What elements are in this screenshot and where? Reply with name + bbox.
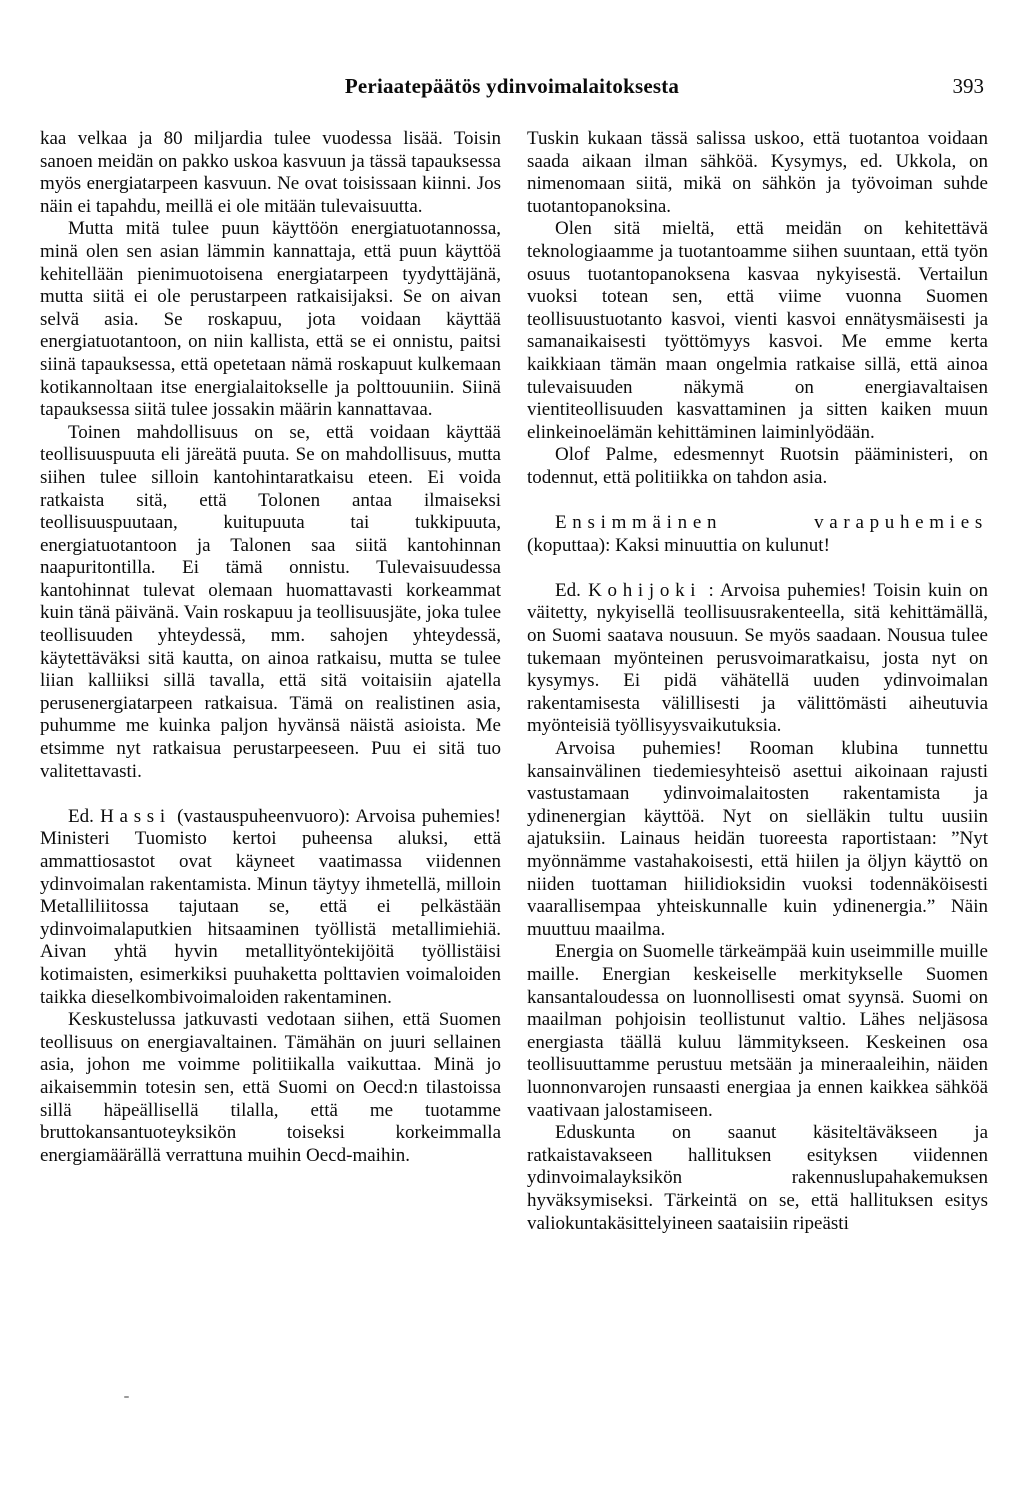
paragraph: Olof Palme, edesmennyt Ruotsin pääminist…	[527, 444, 988, 489]
paragraph: Mutta mitä tulee puun käyttöön energiatu…	[40, 218, 501, 421]
scan-artifact-speck	[124, 1396, 129, 1398]
text-run: Toinen mahdollisuus on se, että voidaan …	[40, 422, 501, 782]
text-run: Mutta mitä tulee puun käyttöön energiatu…	[40, 218, 501, 420]
text-run: Keskustelussa jatkuvasti vedotaan siihen…	[40, 1009, 501, 1166]
speaker-name: Hassi	[100, 806, 171, 827]
text-run: (vastauspuheenvuoro): Arvoisa puhemies! …	[40, 806, 501, 1008]
paragraph: Energia on Suomelle tärkeämpää kuin usei…	[527, 941, 988, 1122]
paragraph: Olen sitä mieltä, että meidän on kehitet…	[527, 218, 988, 444]
text-run: Tuskin kukaan tässä salissa uskoo, että …	[527, 128, 988, 217]
text-run: Olen sitä mieltä, että meidän on kehitet…	[527, 218, 988, 442]
running-header-title: Periaatepäätös ydinvoimalaitoksesta	[0, 74, 1024, 98]
text-run: Arvoisa puhemies! Rooman klubina tunnett…	[527, 738, 988, 940]
speaker-name: Ensimmäinen varapuhemies	[555, 512, 988, 533]
text-run: Eduskunta on saanut käsiteltäväkseen ja …	[527, 1122, 988, 1233]
left-column: kaa velkaa ja 80 miljardia tulee vuodess…	[40, 128, 501, 1235]
text-run: Energia on Suomelle tärkeämpää kuin usei…	[527, 941, 988, 1120]
text-run: Ed.	[68, 806, 100, 827]
page-number: 393	[953, 74, 985, 98]
right-column: Tuskin kukaan tässä salissa uskoo, että …	[527, 128, 988, 1235]
paragraph: Keskustelussa jatkuvasti vedotaan siihen…	[40, 1009, 501, 1167]
page-header: Periaatepäätös ydinvoimalaitoksesta 393	[0, 0, 1024, 100]
paragraph: Arvoisa puhemies! Rooman klubina tunnett…	[527, 738, 988, 941]
text-run: kaa velkaa ja 80 miljardia tulee vuodess…	[40, 128, 501, 217]
paragraph: Tuskin kukaan tässä salissa uskoo, että …	[527, 128, 988, 218]
text-run: : Arvoisa puhemies! Toisin kuin on väite…	[527, 580, 988, 737]
paragraph: Toinen mahdollisuus on se, että voidaan …	[40, 422, 501, 784]
paragraph: Ensimmäinen varapuhemies (koputtaa): Kak…	[527, 512, 988, 557]
paragraph: Ed. Kohijoki : Arvoisa puhemies! Toisin …	[527, 580, 988, 738]
paragraph: Eduskunta on saanut käsiteltäväkseen ja …	[527, 1122, 988, 1235]
paragraph: kaa velkaa ja 80 miljardia tulee vuodess…	[40, 128, 501, 218]
text-run: Ed.	[555, 580, 588, 601]
speaker-name: Kohijoki	[588, 580, 701, 601]
paragraph: Ed. Hassi (vastauspuheenvuoro): Arvoisa …	[40, 806, 501, 1009]
document-page: Periaatepäätös ydinvoimalaitoksesta 393 …	[0, 0, 1024, 1487]
page-content: kaa velkaa ja 80 miljardia tulee vuodess…	[0, 128, 1024, 1235]
text-run: Olof Palme, edesmennyt Ruotsin pääminist…	[527, 444, 988, 488]
text-run: (koputtaa): Kaksi minuuttia on kulunut!	[527, 535, 830, 556]
